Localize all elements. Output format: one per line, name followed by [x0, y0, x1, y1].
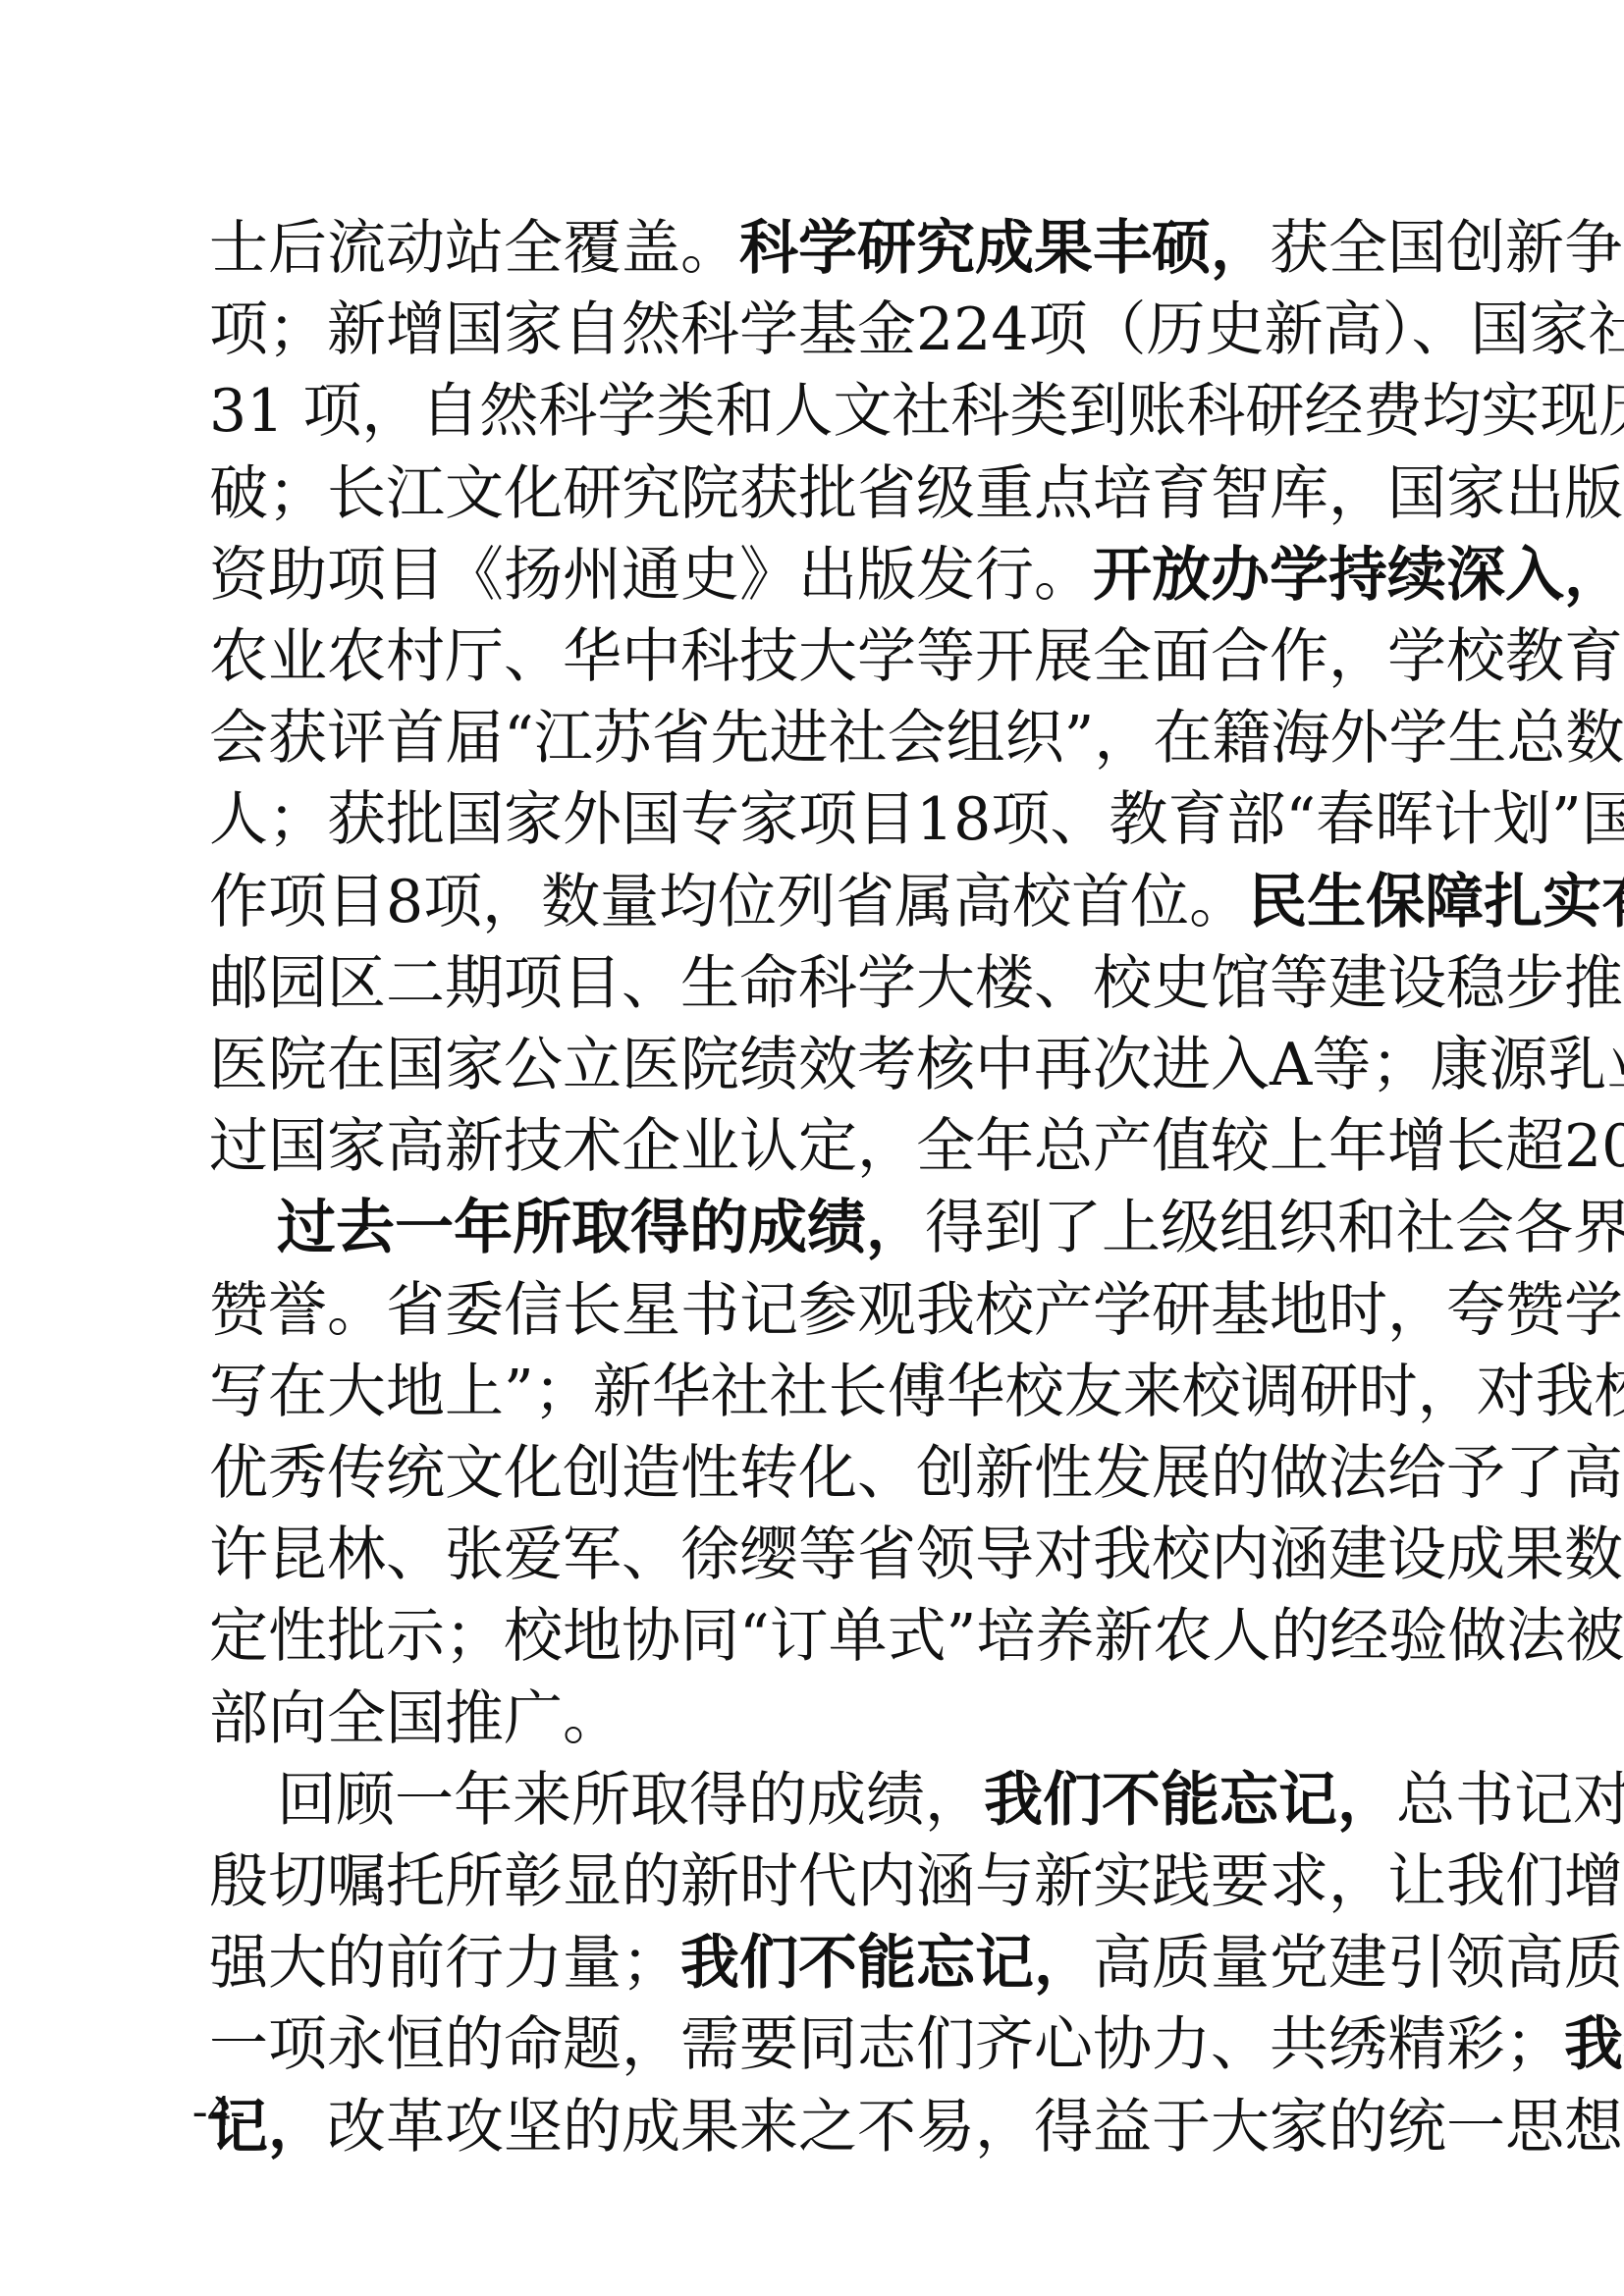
text-segment: 会获评首届“江苏省先进社会组织”，在籍海外学生总数近 2400	[209, 704, 1624, 773]
text-segment: 农业农村厅、华中科技大学等开展全面合作，学校教育发展基金	[209, 622, 1624, 691]
text-line: 过国家高新技术企业认定，全年总产值较上年增长超20%。	[209, 1106, 1432, 1188]
text-segment: 破；长江文化研究院获批省级重点培育智库，国家出版基金重点	[209, 459, 1624, 528]
text-line: 项；新增国家自然科学基金224项（历史新高）、国家社科基金	[209, 290, 1432, 371]
text-segment: 作项目8项，数量均位列省属高校首位。	[209, 868, 1248, 936]
text-segment: 定性批示；校地协同“订单式”培养新农人的经验做法被农业农村	[209, 1602, 1624, 1671]
text-segment: 部向全国推广。	[209, 1684, 622, 1753]
text-line: 邮园区二期项目、生命科学大楼、校史馆等建设稳步推进；附属	[209, 943, 1432, 1025]
text-segment: 过国家高新技术企业认定，全年总产值较上年增长超20%。	[209, 1112, 1624, 1181]
text-line: 农业农村厅、华中科技大学等开展全面合作，学校教育发展基金	[209, 616, 1432, 698]
text-line: 过去一年所取得的成绩，得到了上级组织和社会各界的广泛	[277, 1188, 1432, 1269]
text-line: 回顾一年来所取得的成绩，我们不能忘记，总书记对学校的	[277, 1760, 1432, 1842]
text-line: 强大的前行力量；我们不能忘记，高质量党建引领高质量发展是	[209, 1923, 1432, 2004]
text-segment: 一项永恒的命题，需要同志们齐心协力、共绣精彩；	[209, 2010, 1564, 2079]
text-segment: 项；新增国家自然科学基金224项（历史新高）、国家社科基金	[209, 295, 1624, 364]
text-segment: 士后流动站全覆盖。	[209, 214, 739, 283]
text-segment: 改革攻坚的成果来之不易，得益于大家的统一思想、理解包	[327, 2093, 1624, 2162]
text-segment: 医院在国家公立医院绩效考核中再次进入A等；康源乳业再次通	[209, 1031, 1624, 1099]
text-segment: 得到了上级组织和社会各界的广泛	[925, 1194, 1624, 1262]
text-line: 记，改革攻坚的成果来之不易，得益于大家的统一思想、理解包	[209, 2087, 1432, 2168]
text-segment: 31 项，自然科学类和人文社科类到账科研经费均实现历史性突	[209, 377, 1624, 446]
text-line: 会获评首届“江苏省先进社会组织”，在籍海外学生总数近 2400	[209, 698, 1432, 779]
text-line: 作项目8项，数量均位列省属高校首位。民生保障扎实有力，高	[209, 862, 1432, 943]
text-line: 破；长江文化研究院获批省级重点培育智库，国家出版基金重点	[209, 454, 1432, 535]
text-segment: 人；获批国家外国专家项目18项、教育部“春晖计划”国际科研合	[209, 785, 1624, 854]
text-segment: 强大的前行力量；	[209, 1929, 680, 1998]
text-line: 赞誉。省委信长星书记参观我校产学研基地时，夸赞学校“把论文	[209, 1270, 1432, 1352]
bold-text-segment: 过去一年所取得的成绩，	[277, 1194, 925, 1262]
document-page: 士后流动站全覆盖。科学研究成果丰硕，获全国创新争先奖状 1项；新增国家自然科学基…	[0, 0, 1624, 2296]
page-number: -4-	[192, 2081, 245, 2140]
text-line: 医院在国家公立医院绩效考核中再次进入A等；康源乳业再次通	[209, 1025, 1432, 1106]
text-line: 部向全国推广。	[209, 1679, 1432, 1760]
bold-text-segment: 科学研究成果丰硕，	[739, 214, 1270, 283]
text-segment: 资助项目《扬州通史》出版发行。	[209, 541, 1093, 610]
bold-text-segment: 我们不能忘记，	[984, 1766, 1396, 1835]
text-line: 一项永恒的命题，需要同志们齐心协力、共绣精彩；我们不能忘	[209, 2004, 1432, 2086]
text-line: 写在大地上”；新华社社长傅华校友来校调研时，对我校推动中华	[209, 1352, 1432, 1433]
text-segment: 殷切嘱托所彰显的新时代内涵与新实践要求，让我们增添了无比	[209, 1847, 1624, 1916]
text-line: 许昆林、张爱军、徐缨等省领导对我校内涵建设成果数次给予肯	[209, 1515, 1432, 1596]
text-line: 定性批示；校地协同“订单式”培养新农人的经验做法被农业农村	[209, 1596, 1432, 1678]
text-line: 人；获批国家外国专家项目18项、教育部“春晖计划”国际科研合	[209, 779, 1432, 861]
text-line: 优秀传统文化创造性转化、创新性发展的做法给予了高度评价；	[209, 1433, 1432, 1515]
text-segment: 总书记对学校的	[1396, 1766, 1624, 1835]
text-line: 31 项，自然科学类和人文社科类到账科研经费均实现历史性突	[209, 371, 1432, 453]
bold-text-segment: 我们不能忘记，	[680, 1929, 1093, 1998]
text-line: 士后流动站全覆盖。科学研究成果丰硕，获全国创新争先奖状 1	[209, 208, 1432, 290]
text-segment: 赞誉。省委信长星书记参观我校产学研基地时，夸赞学校“把论文	[209, 1276, 1624, 1345]
text-segment: 许昆林、张爱军、徐缨等省领导对我校内涵建设成果数次给予肯	[209, 1521, 1624, 1589]
bold-text-segment: 我们不能忘	[1564, 2010, 1624, 2079]
text-segment: 获全国创新争先奖状 1	[1270, 214, 1624, 283]
text-segment: 回顾一年来所取得的成绩，	[277, 1766, 984, 1835]
text-line: 殷切嘱托所彰显的新时代内涵与新实践要求，让我们增添了无比	[209, 1842, 1432, 1923]
bold-text-segment: 开放办学持续深入，	[1093, 541, 1623, 610]
text-segment: 高质量党建引领高质量发展是	[1093, 1929, 1624, 1998]
text-segment: 邮园区二期项目、生命科学大楼、校史馆等建设稳步推进；附属	[209, 949, 1624, 1018]
bold-text-segment: 民生保障扎实有力，	[1248, 868, 1624, 936]
text-segment: 优秀传统文化创造性转化、创新性发展的做法给予了高度评价；	[209, 1439, 1624, 1508]
text-line: 资助项目《扬州通史》出版发行。开放办学持续深入，与云南省	[209, 535, 1432, 616]
text-segment: 写在大地上”；新华社社长傅华校友来校调研时，对我校推动中华	[209, 1358, 1624, 1426]
